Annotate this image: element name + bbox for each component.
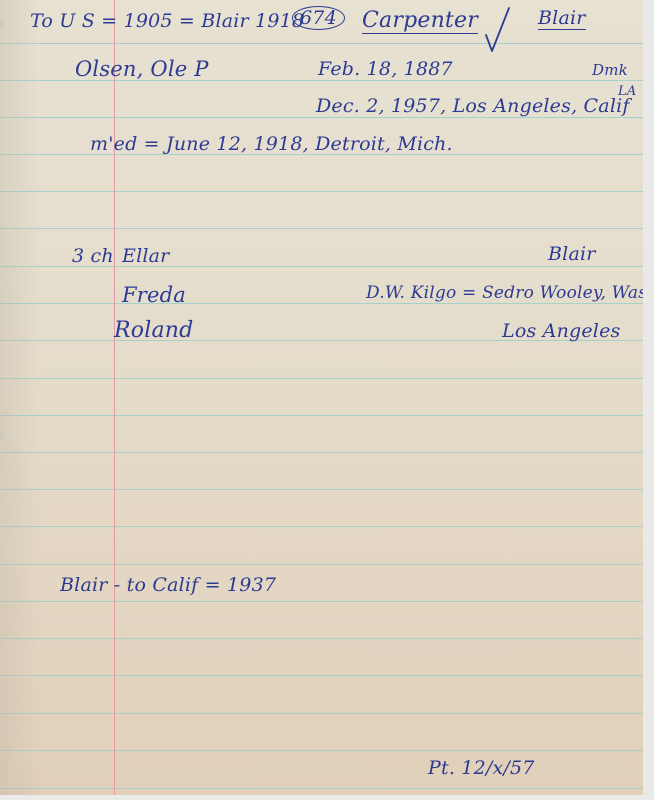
scan-background-bottom [0, 795, 654, 800]
child-name: Freda [122, 283, 186, 307]
child-note: Blair [548, 243, 596, 265]
rule-line [0, 117, 643, 118]
death-note: LA [618, 84, 636, 99]
migration-note: Blair - to Calif = 1937 [60, 574, 276, 596]
rule-line [0, 415, 643, 416]
residence-top-right: Blair [538, 7, 586, 29]
binder-hole [0, 430, 4, 440]
record-number-circle: 674 [292, 6, 345, 30]
check-mark-icon [484, 5, 510, 53]
rule-line [0, 601, 643, 602]
person-name: Olsen, Ole P [75, 57, 209, 81]
margin-line [114, 0, 115, 795]
child-note: D.W. Kilgo = Sedro Wooley, Wash [366, 283, 643, 303]
child-name: Ellar [122, 245, 169, 267]
rule-line [0, 378, 643, 379]
record-number: 674 [292, 6, 345, 30]
ruled-paper: To U S = 1905 = Blair 1918 674 Carpenter… [0, 0, 643, 795]
immigration-note: To U S = 1905 = Blair 1918 [30, 10, 304, 32]
rule-line [0, 526, 643, 527]
child-note: Los Angeles [502, 320, 620, 342]
marriage-record: m'ed = June 12, 1918, Detroit, Mich. [90, 133, 453, 155]
residence-text: Blair [538, 7, 586, 30]
rule-line [0, 638, 643, 639]
rule-line [0, 228, 643, 229]
children-count: 3 ch [72, 245, 114, 267]
rule-line [0, 303, 643, 304]
rule-line [0, 788, 643, 789]
death-record: Dec. 2, 1957, Los Angeles, Calif [316, 95, 630, 117]
rule-line [0, 489, 643, 490]
rule-line [0, 675, 643, 676]
occupation-text: Carpenter [362, 8, 478, 34]
scan-background-right [643, 0, 654, 800]
rule-line [0, 750, 643, 751]
rule-line [0, 713, 643, 714]
posted-date-note: Pt. 12/x/57 [428, 757, 535, 779]
birth-place: Dmk [592, 61, 628, 79]
birth-date: Feb. 18, 1887 [318, 58, 453, 80]
rule-line [0, 564, 643, 565]
rule-line [0, 43, 643, 44]
rule-line [0, 191, 643, 192]
child-name: Roland [114, 318, 193, 343]
rule-line [0, 452, 643, 453]
binder-hole [0, 20, 4, 30]
occupation: Carpenter [362, 8, 478, 33]
